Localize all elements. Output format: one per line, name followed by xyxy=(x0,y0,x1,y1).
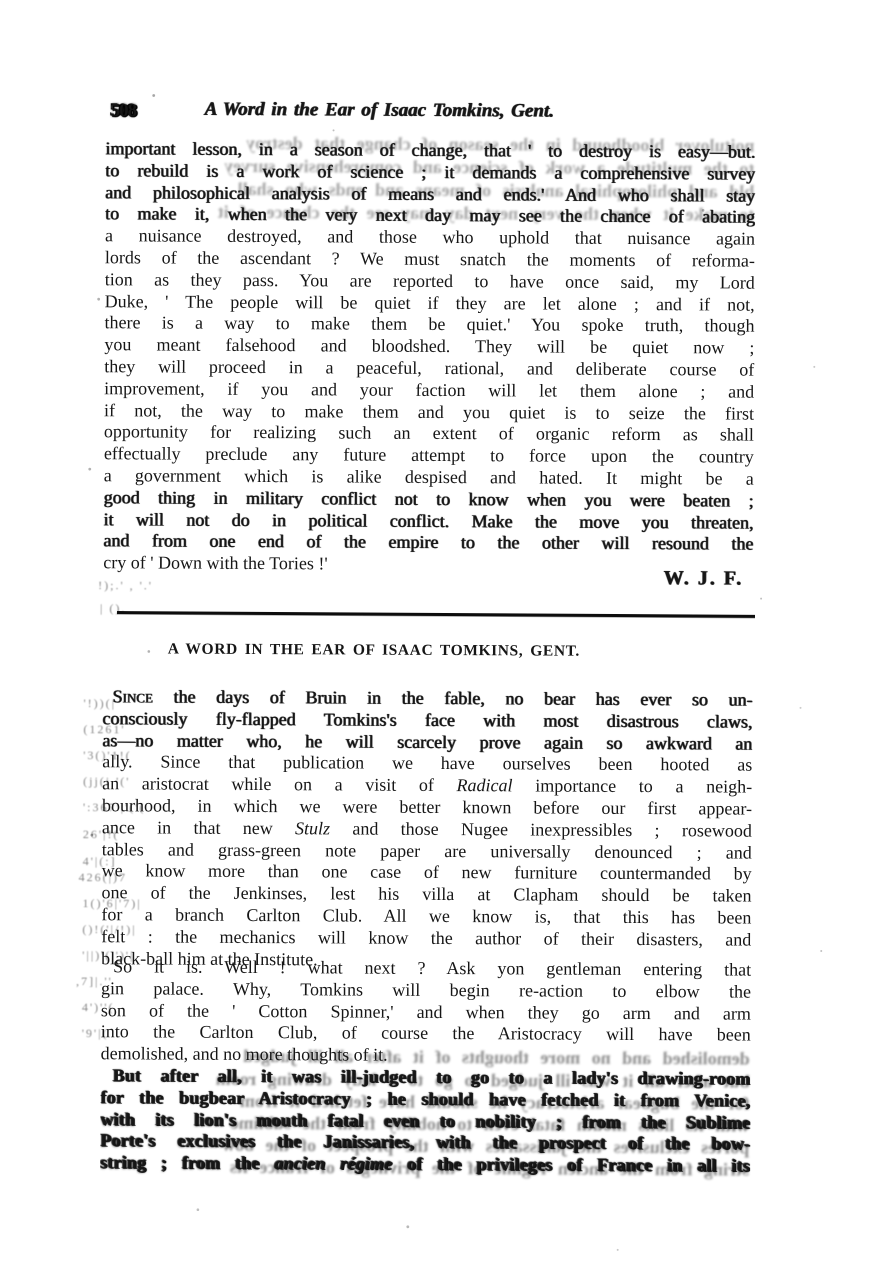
text-line: Since the days of Bruin in the fable, no… xyxy=(103,686,753,711)
text-line: string ; from the ancien régime of the p… xyxy=(100,1152,750,1177)
paragraph-lines: But after all, it was ill-judged to go t… xyxy=(100,1065,751,1177)
article-paragraph-1: Since the days of Bruin in the fable, no… xyxy=(101,686,752,973)
text-line: tion as they pass. You are reported to h… xyxy=(105,269,755,294)
text-line: felt : the mechanics will know the autho… xyxy=(101,926,751,951)
running-head: A Word in the Ear of Isaac Tomkins, Gent… xyxy=(205,99,554,123)
text-line: a government which is alike despised and… xyxy=(104,465,754,490)
text-line: for a branch Carlton Club. All we know i… xyxy=(101,904,751,929)
text-line: consciously fly-flapped Tomkins's face w… xyxy=(102,708,752,733)
page-header: 508 A Word in the Ear of Isaac Tomkins, … xyxy=(3,0,890,2)
text-line: important lesson, in a season of change,… xyxy=(105,138,755,163)
text-line: bourhood, in which we were better known … xyxy=(102,795,752,820)
text-line: lords of the ascendant ? We must snatch … xyxy=(105,247,755,272)
page-content: noitulover bloodhound in the season of c… xyxy=(0,0,890,1285)
text-line: ance in that new Stulz and those Nugee i… xyxy=(102,817,752,842)
paragraph-lines: So it is. Well ! what next ? Ask yon gen… xyxy=(101,956,751,1047)
text-line: to rebuild is a work of science ; it dem… xyxy=(105,160,755,185)
bleed-through-top: noitulover bloodhound in the season of c… xyxy=(3,0,890,2)
article-paragraph-2: So it is. Well ! what next ? Ask yon gen… xyxy=(101,956,752,1068)
author-signature: W. J. F. xyxy=(103,564,753,590)
text-line: improvement, if you and your faction wil… xyxy=(104,378,754,403)
text-line: So it is. Well ! what next ? Ask yon gen… xyxy=(101,956,751,981)
text-line: But after all, it was ill-judged to go t… xyxy=(101,1065,751,1090)
margin-bleed-mark: | (). xyxy=(100,601,126,616)
text-line: gin palace. Why, Tomkins will begin re-a… xyxy=(101,978,751,1003)
margin-bleed-marks: !);.' , '.'| ().'!))(|(1261''3()'1!((jj(… xyxy=(3,0,890,2)
paragraph-lines: important lesson, in a season of change,… xyxy=(103,138,755,556)
section-divider-rule xyxy=(117,611,755,617)
article-heading: A WORD IN THE EAR OF ISAAC TOMKINS, GENT… xyxy=(168,641,580,661)
scanned-book-page: noitulover bloodhound in the season of c… xyxy=(0,0,890,1285)
article-paragraph-3: But after all, it was ill-judged to go t… xyxy=(100,1065,751,1177)
paragraph-lines: Since the days of Bruin in the fable, no… xyxy=(101,686,752,951)
text-line: good thing in military conflict not to k… xyxy=(104,487,754,512)
text-line: they will proceed in a peaceful, rationa… xyxy=(104,356,754,381)
page-number: 508 xyxy=(111,100,137,122)
article-end-paragraph: important lesson, in a season of change,… xyxy=(103,138,755,577)
bleed-through-bottom: demolished and no more thoughts of it af… xyxy=(3,0,890,2)
